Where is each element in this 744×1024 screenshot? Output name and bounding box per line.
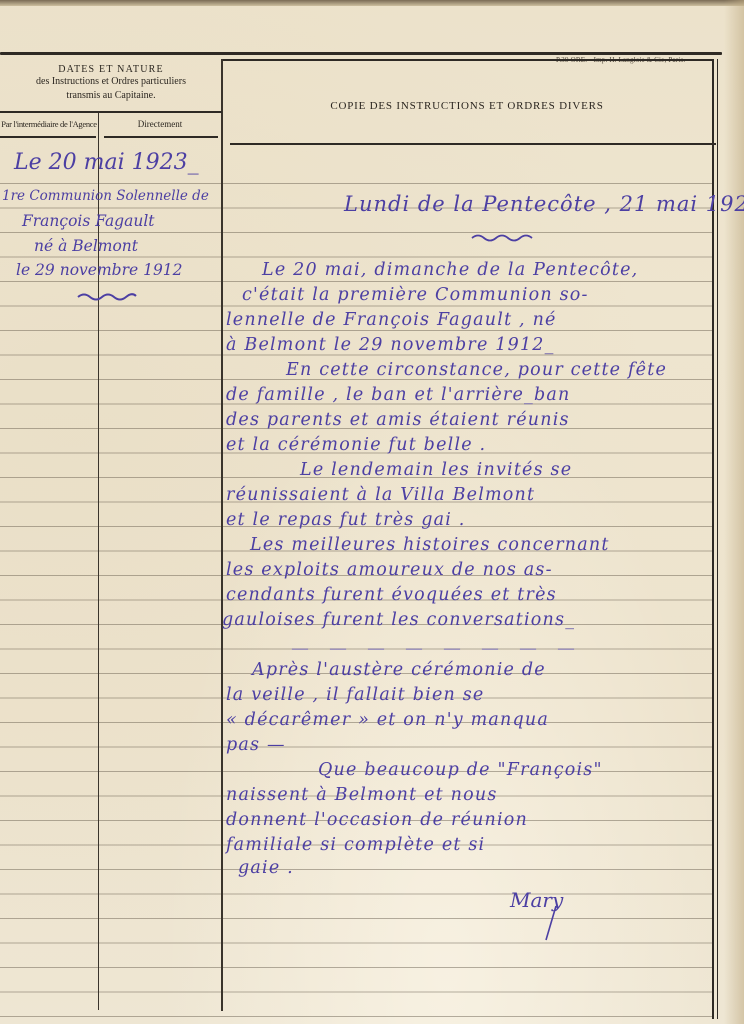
body-line: réunissaient à la Villa Belmont <box>226 485 535 505</box>
body-line: Que beaucoup de "François" <box>318 760 603 780</box>
body-line: et le repas fut très gai . <box>226 510 466 530</box>
body-line: Le lendemain les invités se <box>300 460 572 480</box>
left-header-subtitle-1: des Instructions et Ordres particuliers <box>0 75 222 89</box>
body-line: familiale si complète et si <box>226 835 485 855</box>
body-line: donnent l'occasion de réunion <box>226 810 528 830</box>
body-line: lennelle de François Fagault , né <box>226 310 557 330</box>
body-line: naissent à Belmont et nous <box>226 785 498 805</box>
body-line: « décarêmer » et on n'y manqua <box>226 710 549 730</box>
left-entry-date: Le 20 mai 1923_ <box>14 150 199 175</box>
body-line: les exploits amoureux de nos as- <box>226 560 553 580</box>
left-header-subtitle-2: transmis au Capitaine. <box>0 89 222 103</box>
body-line: des parents et amis étaient réunis <box>226 410 570 430</box>
column-header-agence: Par l'intermédiaire de l'Agence <box>0 119 98 129</box>
signature-tail <box>540 904 560 944</box>
column-header-rule-directement <box>104 136 218 138</box>
main-header-rule <box>230 143 716 145</box>
body-line: à Belmont le 29 novembre 1912_ <box>226 335 555 355</box>
left-entry-line: François Fagault <box>22 212 155 230</box>
column-header-directement: Directement <box>100 119 220 129</box>
body-line: gauloises furent les conversations_ <box>222 610 575 630</box>
body-line: gaie . <box>238 858 294 878</box>
body-line: cendants furent évoquées et très <box>226 585 557 605</box>
page-top-edge <box>0 0 744 6</box>
left-column-header: DATES ET NATURE des Instructions et Ordr… <box>0 62 222 103</box>
body-line: de famille , le ban et l'arrière_ban <box>226 385 571 405</box>
main-column-title: COPIE DES INSTRUCTIONS ET ORDRES DIVERS <box>222 100 712 112</box>
left-header-title: DATES ET NATURE <box>0 64 222 75</box>
body-line: c'était la première Communion so- <box>242 285 589 305</box>
body-line: En cette circonstance, pour cette fête <box>286 360 667 380</box>
body-line: pas — <box>226 735 286 755</box>
body-line: Après l'austère cérémonie de <box>252 660 546 680</box>
left-entry-underline-flourish <box>76 291 138 301</box>
main-frame-top <box>222 59 714 61</box>
top-rule <box>0 52 722 55</box>
left-header-rule <box>0 111 222 113</box>
heading-underline-flourish <box>470 232 534 242</box>
column-divider-main <box>221 59 223 1011</box>
left-entry-line: né à Belmont <box>34 237 138 255</box>
body-line: et la cérémonie fut belle . <box>226 435 486 455</box>
page-right-edge-shadow <box>724 0 744 1024</box>
body-line: la veille , il fallait bien se <box>226 685 484 705</box>
left-entry-line: 1re Communion Solennelle de <box>2 188 209 204</box>
left-entry-line: le 29 novembre 1912 <box>16 261 183 279</box>
ledger-page: P.39 ORE. - Imp. H. Langlois & Cie, Pari… <box>0 0 744 1024</box>
entry-heading: Lundi de la Pentecôte , 21 mai 1923 <box>344 192 744 216</box>
body-line: Les meilleures histoires concernant <box>250 535 610 555</box>
column-header-rule-agence <box>0 136 96 138</box>
body-line: Le 20 mai, dimanche de la Pentecôte, <box>262 260 638 280</box>
section-separator-dashes: — — — — — — — — <box>292 640 583 658</box>
